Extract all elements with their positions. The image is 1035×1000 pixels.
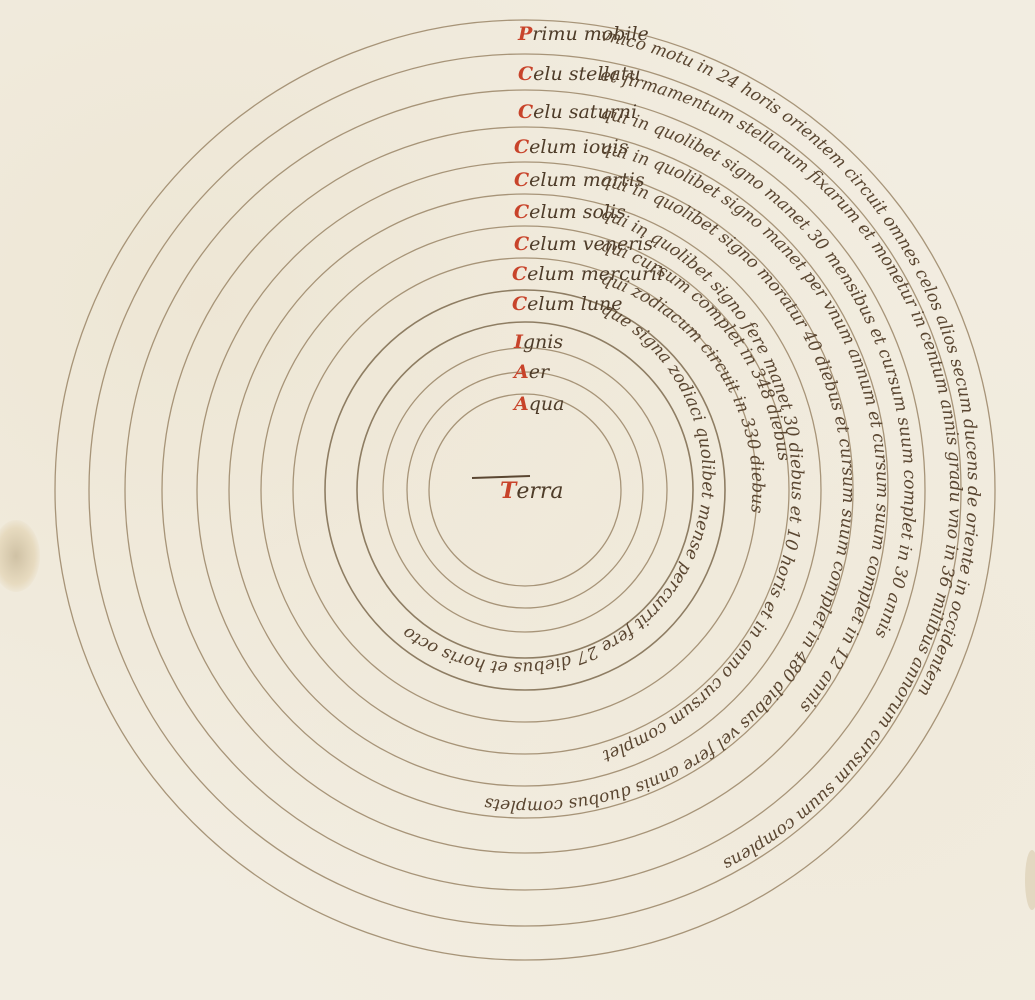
- label-ignis: Ignis: [513, 331, 563, 353]
- label-aer: Aer: [512, 361, 551, 383]
- center-earth: Terra: [472, 476, 564, 504]
- label-aqua: Aqua: [512, 393, 564, 415]
- celestial-spheres-diagram: Primu mobile Celu stellatu Celu saturni …: [0, 0, 1035, 1000]
- manuscript-page: Primu mobile Celu stellatu Celu saturni …: [0, 0, 1035, 1000]
- arc-inscriptions: vnico motu in 24 horis orientem circuit …: [399, 25, 983, 874]
- label-terra: Terra: [500, 478, 564, 504]
